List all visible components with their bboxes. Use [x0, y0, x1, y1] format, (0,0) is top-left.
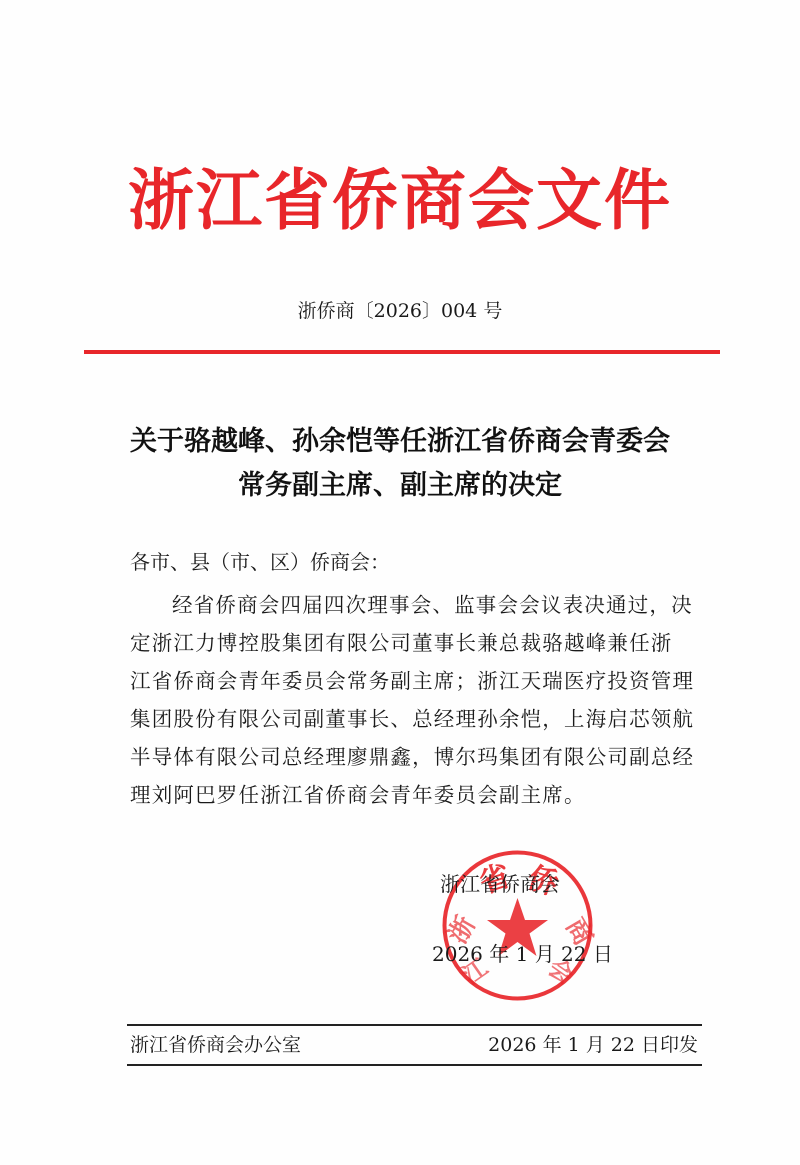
body-line: 理刘阿巴罗任浙江省侨商会青年委员会副主席。	[130, 776, 695, 814]
footer-divider-top	[127, 1024, 702, 1026]
body-line: 半导体有限公司总经理廖鼎鑫，博尔玛集团有限公司副总经	[130, 738, 695, 776]
signature-org: 浙江省侨商会	[440, 868, 560, 900]
body-line: 集团股份有限公司副董事长、总经理孙余恺，上海启芯领航	[130, 700, 695, 738]
body-paragraph: 经省侨商会四届四次理事会、监事会会议表决通过，决 定浙江力博控股集团有限公司董事…	[130, 586, 695, 814]
document-number: 浙侨商〔2026〕004 号	[0, 297, 800, 325]
body-line: 经省侨商会四届四次理事会、监事会会议表决通过，决	[130, 586, 695, 624]
masthead-title: 浙江省侨商会文件	[0, 160, 800, 240]
title-line-2: 常务副主席、副主席的决定	[0, 464, 800, 508]
body-line: 定浙江力博控股集团有限公司董事长兼总裁骆越峰兼任浙	[130, 624, 695, 662]
signature-date: 2026 年 1 月 22 日	[432, 938, 613, 970]
title-line-1: 关于骆越峰、孙余恺等任浙江省侨商会青委会	[0, 420, 800, 464]
body-line: 江省侨商会青年委员会常务副主席；浙江天瑞医疗投资管理	[130, 662, 695, 700]
document-title: 关于骆越峰、孙余恺等任浙江省侨商会青委会 常务副主席、副主席的决定	[0, 420, 800, 508]
footer-issue-date: 2026 年 1 月 22 日印发	[488, 1030, 698, 1060]
red-divider	[84, 350, 720, 354]
document-page: 浙江省侨商会文件 浙侨商〔2026〕004 号 关于骆越峰、孙余恺等任浙江省侨商…	[0, 0, 800, 1165]
salutation: 各市、县（市、区）侨商会：	[130, 545, 390, 579]
footer-divider-bottom	[127, 1064, 702, 1066]
footer-issuer: 浙江省侨商会办公室	[130, 1030, 301, 1060]
